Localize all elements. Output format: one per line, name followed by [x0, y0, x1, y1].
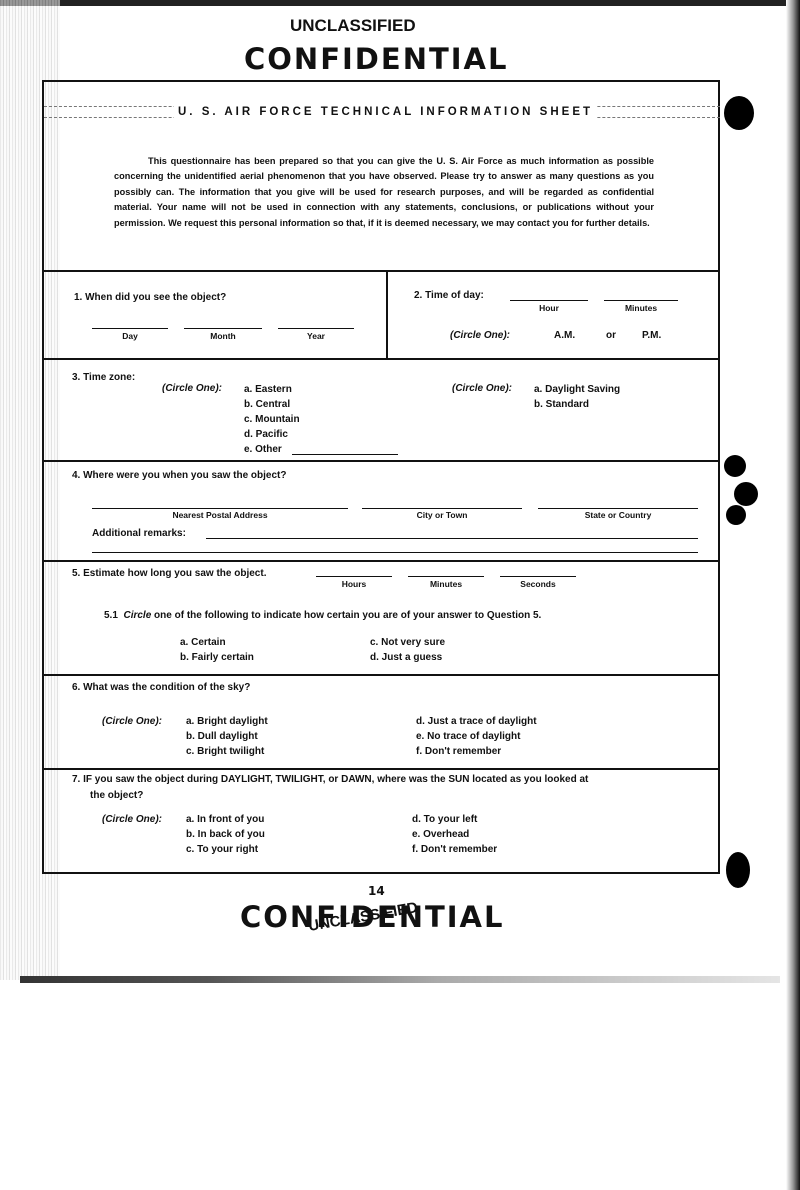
q6-option-no-trace-daylight[interactable]: e. No trace of daylight [416, 729, 520, 744]
q5-option-fairly-certain[interactable]: b. Fairly certain [180, 650, 254, 665]
sheet-title: U. S. AIR FORCE TECHNICAL INFORMATION SH… [174, 106, 597, 118]
q2-minutes-label: Minutes [604, 303, 678, 313]
q6-option-trace-daylight[interactable]: d. Just a trace of daylight [416, 714, 537, 729]
q4-address-label: Nearest Postal Address [92, 510, 348, 520]
q7-option-in-back[interactable]: b. In back of you [186, 827, 265, 842]
q4-address-field[interactable] [92, 508, 348, 509]
divider [44, 358, 720, 360]
q7-option-in-front[interactable]: a. In front of you [186, 812, 264, 827]
punch-hole-mid-2 [734, 482, 758, 506]
divider [44, 460, 720, 462]
q5-1-text: one of the following to indicate how cer… [154, 610, 541, 621]
divider [44, 560, 720, 562]
page-number: 14 [368, 884, 385, 898]
q2-or-text: or [606, 330, 616, 341]
q5-minutes-label: Minutes [408, 579, 484, 589]
q3-standard[interactable]: b. Standard [534, 397, 589, 412]
q6-option-dont-remember[interactable]: f. Don't remember [416, 744, 501, 759]
q5-hours-label: Hours [316, 579, 392, 589]
q6-option-bright-daylight[interactable]: a. Bright daylight [186, 714, 268, 729]
q5-option-certain[interactable]: a. Certain [180, 635, 226, 650]
q7-option-overhead[interactable]: e. Overhead [412, 827, 469, 842]
q5-seconds-field[interactable] [500, 576, 576, 577]
q7-circle-one: (Circle One): [102, 814, 162, 825]
q2-circle-one: (Circle One): [450, 330, 510, 341]
q3-circle-one-zone: (Circle One): [162, 383, 222, 394]
q2-pm-option[interactable]: P.M. [642, 330, 661, 341]
punch-hole-mid-3 [726, 505, 746, 525]
q2-hour-label: Hour [510, 303, 588, 313]
q3-zone-eastern[interactable]: a. Eastern [244, 382, 292, 397]
divider [44, 768, 720, 770]
q5-option-just-a-guess[interactable]: d. Just a guess [370, 650, 442, 665]
q4-city-field[interactable] [362, 508, 522, 509]
divider-vertical [386, 270, 388, 358]
q5-label: 5. Estimate how long you saw the object. [72, 568, 266, 579]
q5-hours-field[interactable] [316, 576, 392, 577]
q3-label: 3. Time zone: [72, 372, 135, 383]
technical-information-sheet: U. S. AIR FORCE TECHNICAL INFORMATION SH… [42, 80, 720, 874]
q3-zone-pacific[interactable]: d. Pacific [244, 427, 288, 442]
unclassified-stamp-top: UNCLASSIFIED [290, 16, 416, 36]
q4-state-field[interactable] [538, 508, 698, 509]
q4-remarks-field-2[interactable] [92, 552, 698, 553]
q6-circle-one: (Circle One): [102, 716, 162, 727]
q4-label: 4. Where were you when you saw the objec… [72, 470, 287, 481]
q5-1-label: 5.1 Circle one of the following to indic… [104, 610, 541, 621]
q4-city-label: City or Town [362, 510, 522, 520]
q5-1-number: 5.1 [104, 610, 118, 621]
q6-option-dull-daylight[interactable]: b. Dull daylight [186, 729, 258, 744]
q3-circle-one-dst: (Circle One): [452, 383, 512, 394]
q6-option-bright-twilight[interactable]: c. Bright twilight [186, 744, 264, 759]
q1-label: 1. When did you see the object? [74, 292, 226, 303]
q7-label-line1: 7. IF you saw the object during DAYLIGHT… [72, 774, 588, 785]
q3-daylight-saving[interactable]: a. Daylight Saving [534, 382, 620, 397]
q2-hour-field[interactable] [510, 300, 588, 301]
q3-other-field[interactable] [292, 454, 398, 455]
q5-option-not-very-sure[interactable]: c. Not very sure [370, 635, 445, 650]
q5-1-circle-word: Circle [123, 610, 151, 621]
q4-state-label: State or Country [538, 510, 698, 520]
q1-year-label: Year [278, 331, 354, 341]
q7-option-to-left[interactable]: d. To your left [412, 812, 477, 827]
q1-day-field[interactable] [92, 328, 168, 329]
q3-zone-other[interactable]: e. Other [244, 442, 282, 457]
divider [44, 270, 720, 272]
q4-remarks-field-1[interactable] [206, 538, 698, 539]
scan-bottom-smear [20, 976, 780, 983]
q1-year-field[interactable] [278, 328, 354, 329]
punch-hole-top [724, 96, 754, 130]
q3-zone-mountain[interactable]: c. Mountain [244, 412, 300, 427]
q1-month-field[interactable] [184, 328, 262, 329]
intro-paragraph: This questionnaire has been prepared so … [114, 154, 654, 231]
confidential-stamp-top: CONFIDENTIAL [244, 42, 508, 76]
q4-remarks-label: Additional remarks: [92, 528, 186, 539]
q2-label: 2. Time of day: [414, 290, 484, 301]
q7-label-line2: the object? [90, 790, 143, 801]
q5-seconds-label: Seconds [500, 579, 576, 589]
punch-hole-bottom [726, 852, 750, 888]
scan-right-edge [786, 0, 800, 1190]
q2-minutes-field[interactable] [604, 300, 678, 301]
q3-zone-central[interactable]: b. Central [244, 397, 290, 412]
divider [44, 674, 720, 676]
q7-option-dont-remember[interactable]: f. Don't remember [412, 842, 497, 857]
q1-month-label: Month [184, 331, 262, 341]
q2-am-option[interactable]: A.M. [554, 330, 575, 341]
q5-minutes-field[interactable] [408, 576, 484, 577]
q1-day-label: Day [92, 331, 168, 341]
q7-option-to-right[interactable]: c. To your right [186, 842, 258, 857]
punch-hole-mid-1 [724, 455, 746, 477]
intro-text: This questionnaire has been prepared so … [114, 156, 654, 228]
scan-top-edge [0, 0, 800, 6]
q6-label: 6. What was the condition of the sky? [72, 682, 250, 693]
